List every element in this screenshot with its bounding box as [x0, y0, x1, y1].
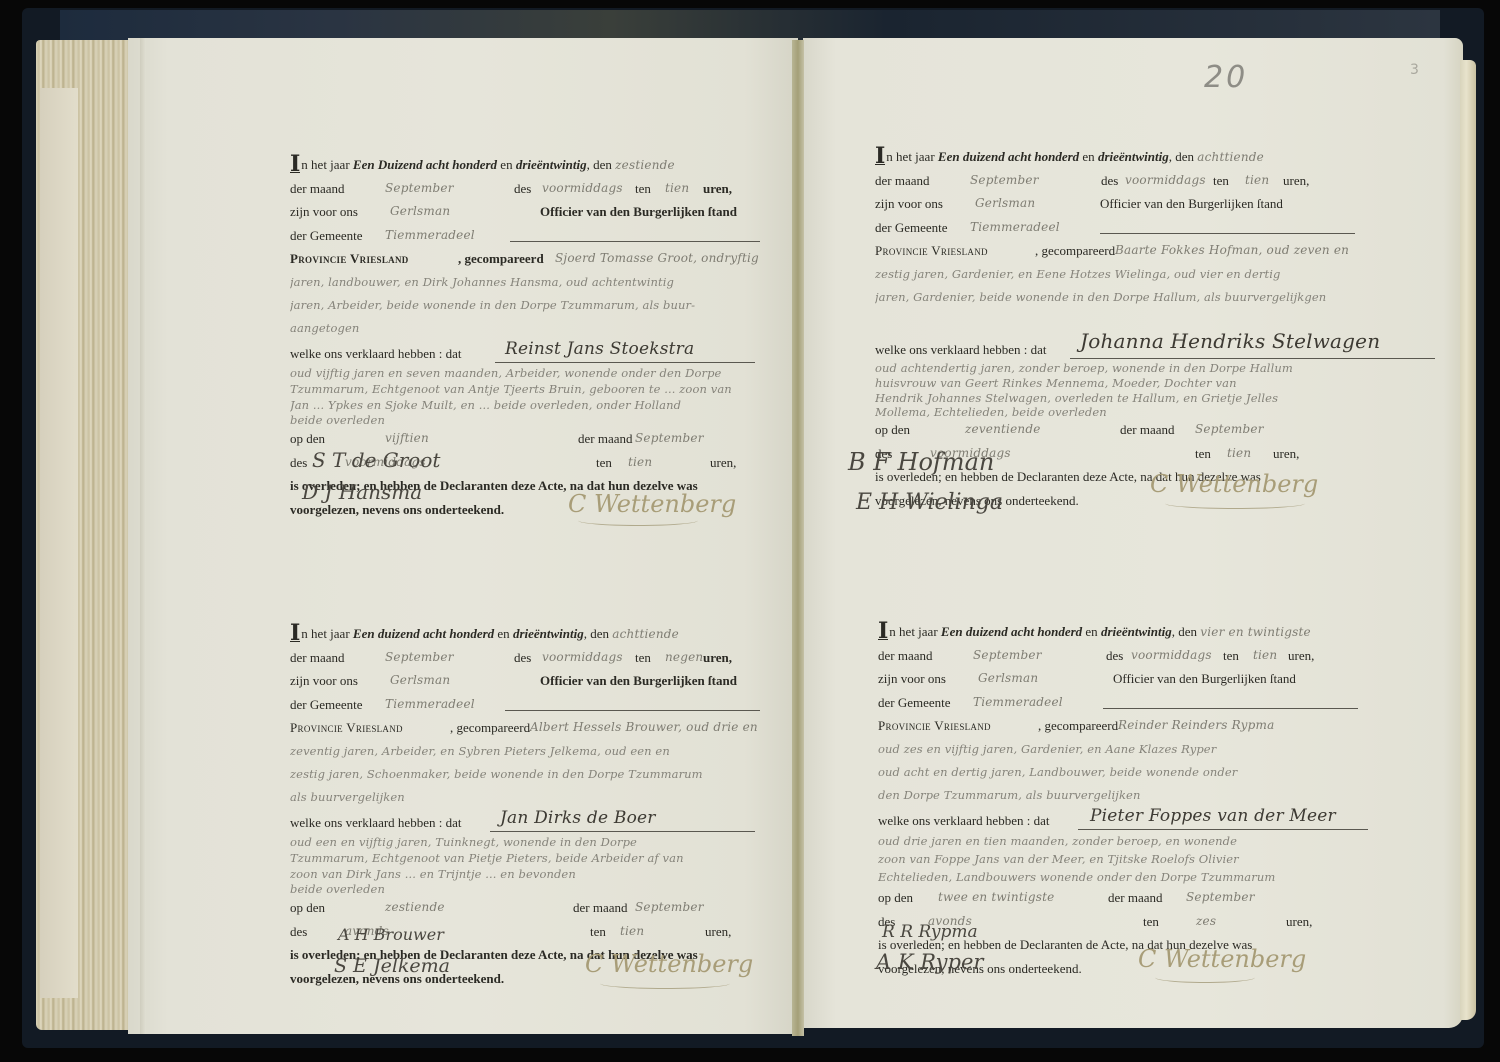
record-hour: tien: [1253, 644, 1277, 668]
record-death-day: zestiende: [385, 896, 445, 920]
record-deceased-name: Jan Dirks de Boer: [500, 807, 656, 831]
signature-flourish: [600, 978, 730, 989]
declarant-signature: S T de Groot: [312, 448, 440, 472]
officer-signature: C Wettenberg: [585, 950, 753, 978]
record-day: achttiende: [1197, 150, 1264, 164]
fill-line: [1078, 829, 1368, 830]
corner-mark: 3: [1410, 62, 1419, 78]
record-officer: Gerlsman: [975, 192, 1035, 216]
record-municipality: Tiemmeradeel: [385, 693, 475, 717]
record-death-hour: zes: [1196, 910, 1216, 934]
signature-flourish: [1165, 498, 1305, 509]
record-deceased-name: Johanna Hendriks Stelwagen: [1080, 330, 1380, 354]
record-death-hour: tien: [620, 920, 644, 944]
declarant-signature: D J Hansma: [302, 480, 422, 504]
record-municipality: Tiemmeradeel: [970, 216, 1060, 240]
record-hour: tien: [665, 177, 689, 201]
page-number: 20: [1204, 60, 1248, 95]
fill-line: [1070, 358, 1435, 359]
signature-flourish: [1155, 972, 1255, 983]
book-gutter: [792, 40, 804, 1036]
dropcap-initial: I: [878, 623, 888, 640]
officer-signature: C Wettenberg: [568, 490, 736, 518]
declarant-signature: B F Hofman: [848, 448, 994, 476]
record-death-hour: tien: [628, 451, 652, 475]
record-day: vier en twintigste: [1200, 625, 1311, 639]
fill-line: [1100, 233, 1355, 234]
record-declarants: Baarte Fokkes Hofman, oud zeven en: [1115, 239, 1349, 263]
record-death-day: twee en twintigste: [938, 886, 1054, 910]
dropcap-initial: I: [290, 625, 300, 642]
record-officer: Gerlsman: [978, 667, 1038, 691]
record-declarants: Sjoerd Tomasse Groot, ondryftig: [555, 247, 759, 271]
record-death-day: zeventiende: [965, 418, 1041, 442]
fill-line: [495, 362, 755, 363]
declarant-signature: E H Wielinga: [856, 490, 1003, 515]
record-officer: Gerlsman: [390, 669, 450, 693]
record-part-of-day: voormiddags: [1131, 644, 1212, 668]
record-municipality: Tiemmeradeel: [973, 691, 1063, 715]
declarant-signature: S E Jelkema: [334, 955, 450, 977]
record-part-of-day: voormiddags: [542, 177, 623, 201]
record-death-month: September: [635, 427, 704, 451]
folded-leaf: [40, 88, 78, 998]
record-death-hour: tien: [1227, 442, 1251, 466]
officer-signature: C Wettenberg: [1150, 470, 1318, 498]
record-month: September: [385, 177, 454, 201]
fill-line: [1103, 708, 1358, 709]
record-declarants: Albert Hessels Brouwer, oud drie en: [530, 716, 758, 740]
record-death-month: September: [1195, 418, 1264, 442]
right-page-fore-edge: [1460, 60, 1476, 1020]
left-page-edge: [140, 38, 146, 1034]
record-municipality: Tiemmeradeel: [385, 224, 475, 248]
record-day: zestiende: [615, 158, 675, 172]
record-hour: negen: [665, 646, 703, 670]
record-death-day: vijftien: [385, 427, 429, 451]
fill-line: [505, 710, 760, 711]
fill-line: [510, 241, 760, 242]
declarant-signature: A K Ryper: [876, 950, 983, 974]
record-deceased-name: Reinst Jans Stoekstra: [505, 338, 694, 362]
record-day: achttiende: [612, 627, 679, 641]
record-officer: Gerlsman: [390, 200, 450, 224]
declarant-signature: R R Rypma: [882, 922, 978, 942]
dropcap-initial: I: [875, 148, 885, 165]
record-deceased-name: Pieter Foppes van der Meer: [1090, 805, 1336, 829]
officer-signature: C Wettenberg: [1138, 945, 1306, 973]
signature-flourish: [578, 515, 698, 526]
record-month: September: [385, 646, 454, 670]
record-declarants: Reinder Reinders Rypma: [1118, 714, 1274, 738]
record-hour: tien: [1245, 169, 1269, 193]
declarant-signature: A H Brouwer: [338, 925, 444, 944]
record-death-month: September: [1186, 886, 1255, 910]
record-part-of-day: voormiddags: [1125, 169, 1206, 193]
record-month: September: [970, 169, 1039, 193]
record-death-month: September: [635, 896, 704, 920]
record-part-of-day: voormiddags: [542, 646, 623, 670]
fill-line: [490, 831, 755, 832]
record-month: September: [973, 644, 1042, 668]
dropcap-initial: I: [290, 156, 300, 173]
